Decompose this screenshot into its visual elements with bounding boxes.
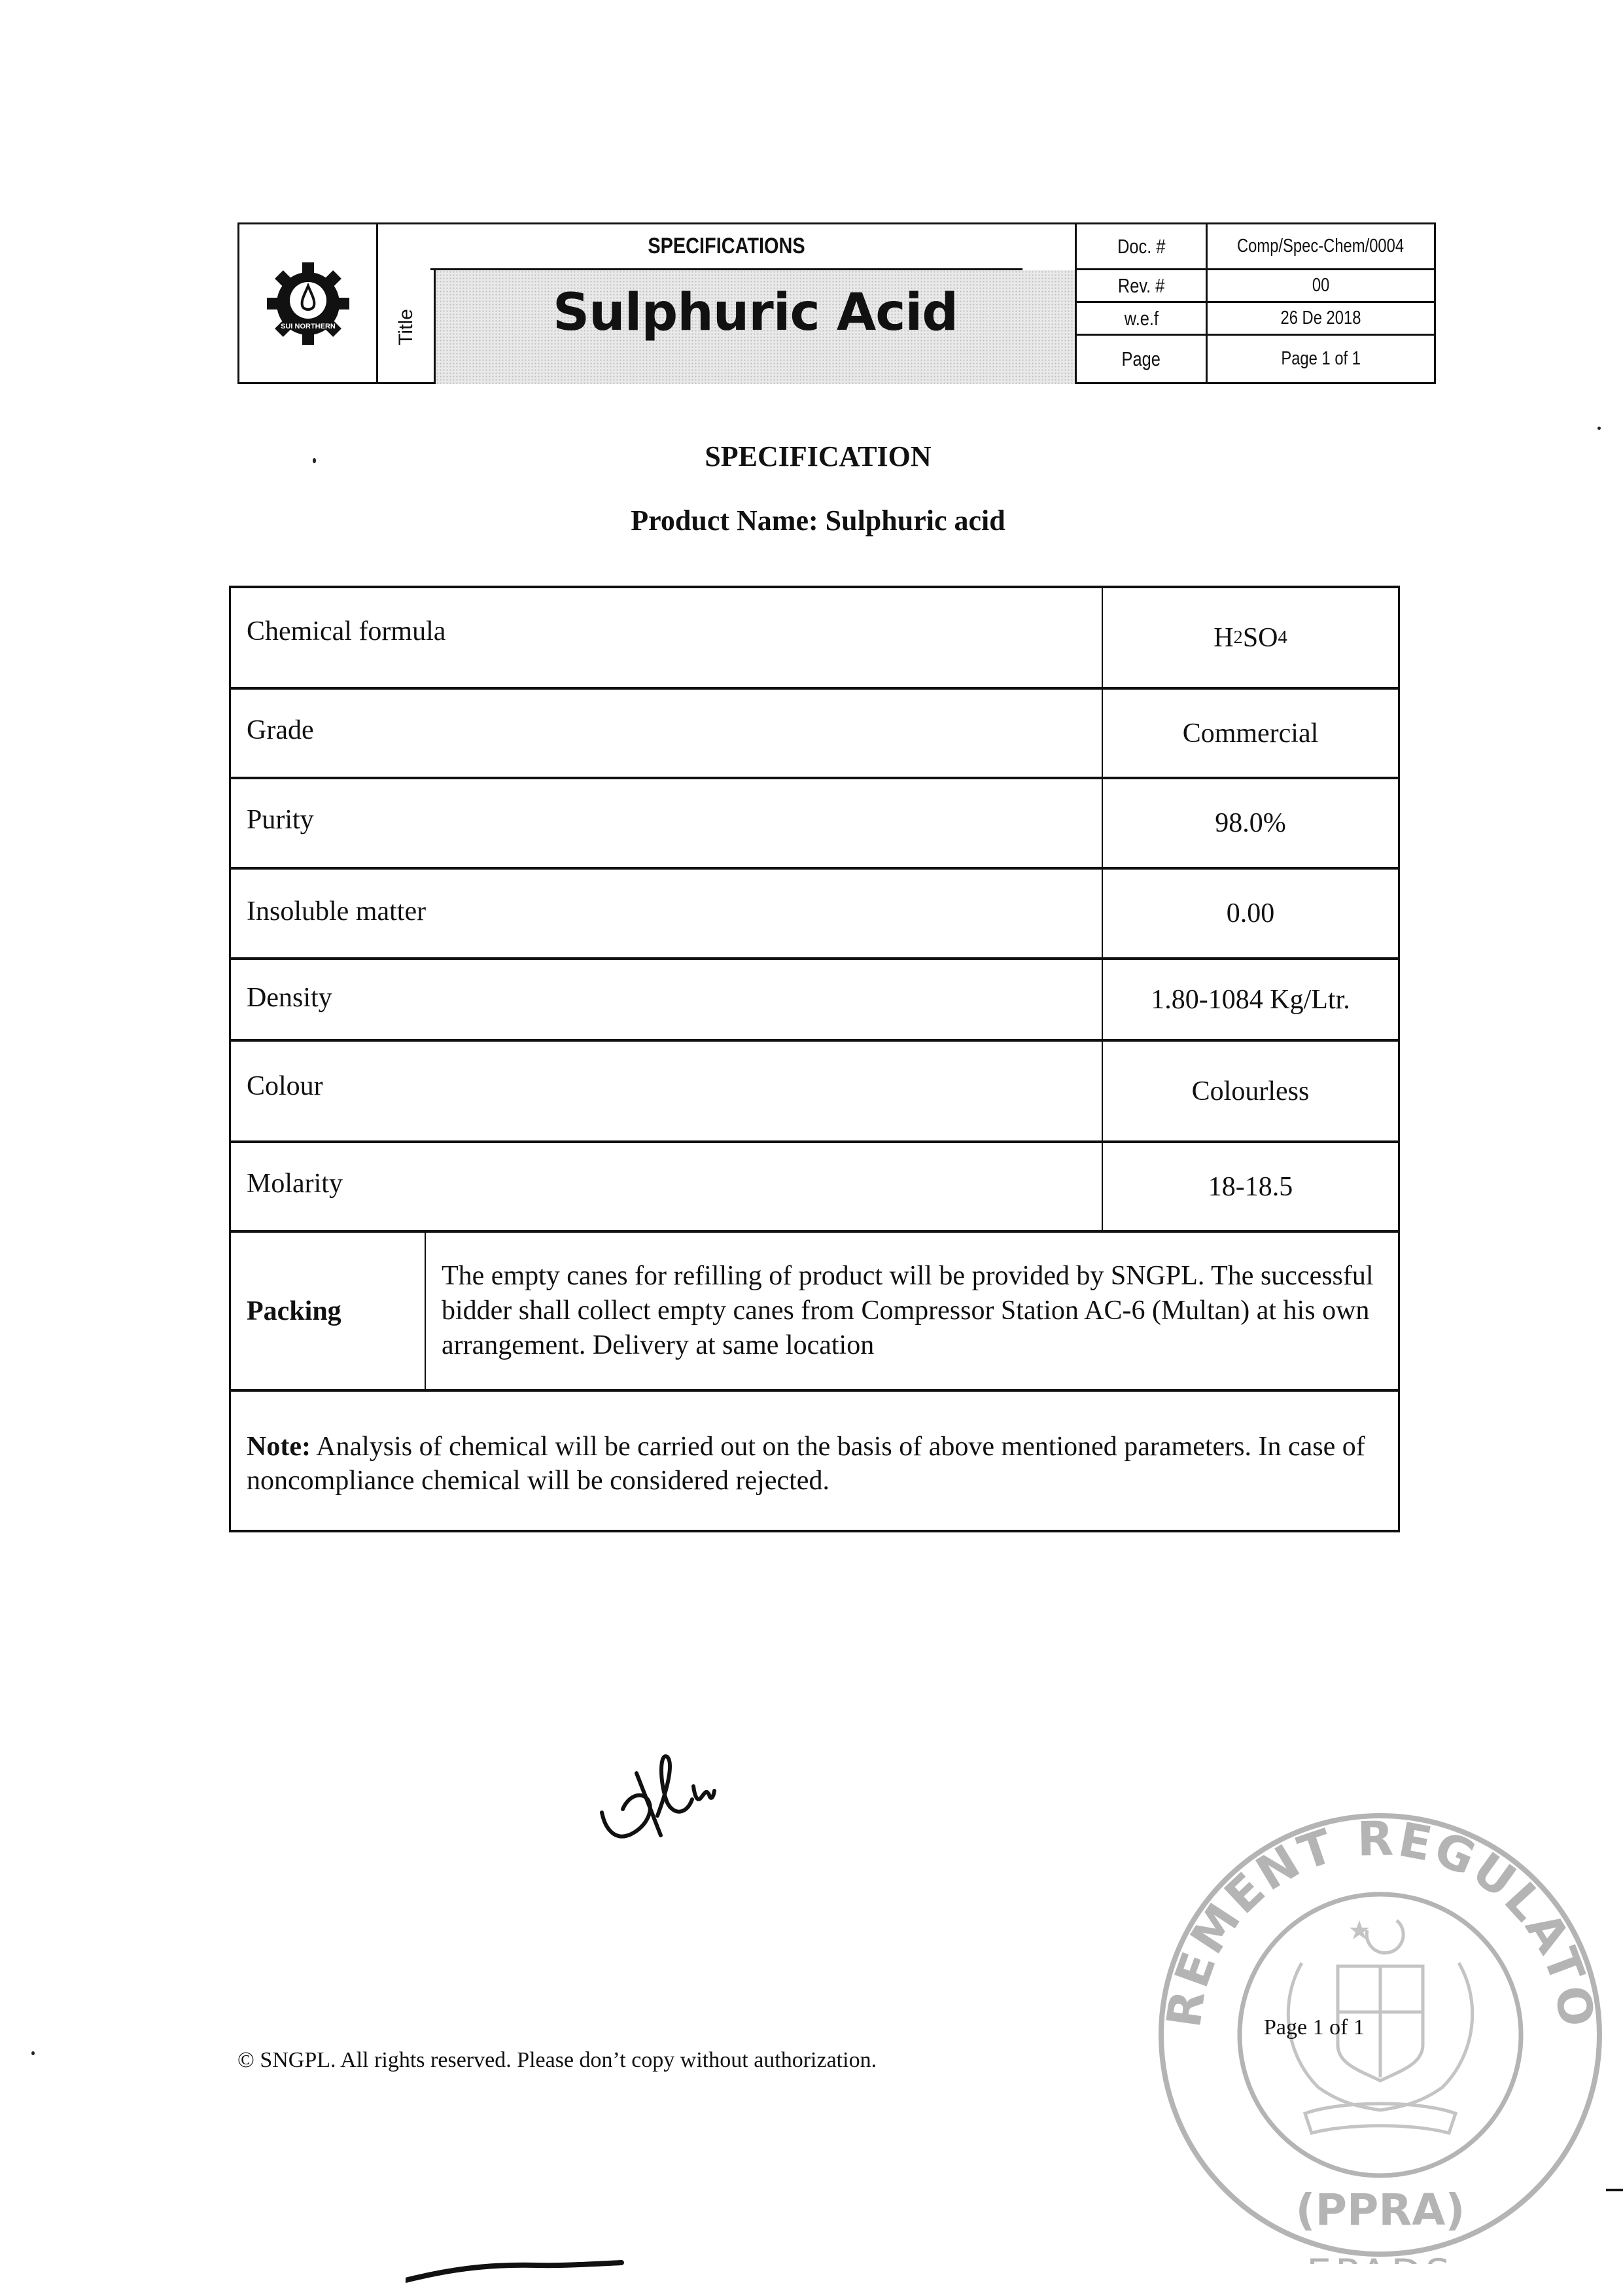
stamp-abbr: (PPRA) (1296, 2185, 1465, 2235)
stamp-page-overlay: Page 1 of 1 (1264, 2015, 1365, 2040)
table-row-molarity: Molarity 18-18.5 (229, 1140, 1400, 1230)
meta-value: 26 De 2018 (1208, 303, 1434, 334)
specification-heading: SPECIFICATION (0, 440, 1623, 473)
meta-label: Rev. # (1077, 270, 1208, 301)
parameter-name: Purity (231, 779, 1103, 867)
parameter-name: Colour (231, 1042, 1103, 1140)
meta-row-doc-number: Doc. # Comp/Spec-Chem/0004 (1077, 224, 1434, 270)
note-text: Note: Analysis of chemical will be carri… (231, 1392, 1398, 1498)
title-label: Title (395, 309, 417, 345)
meta-value: Comp/Spec-Chem/0004 (1208, 224, 1434, 268)
scan-speck (31, 2051, 35, 2055)
handwritten-signature-icon (576, 1737, 733, 1842)
section-label: SPECIFICATIONS (430, 224, 1022, 270)
parameter-name: Insoluble matter (231, 870, 1103, 957)
parameter-name: Density (231, 960, 1103, 1039)
packing-label: Packing (231, 1233, 426, 1389)
table-bottom-border (229, 1530, 1400, 1532)
ppra-epads-stamp-icon: PUBLIC PROCUREMENT REGULATORY AUTHORITY … (1151, 1806, 1609, 2264)
document-header: SUI NORTHERN SPECIFICATIONS Title Sulphu… (237, 222, 1436, 384)
sui-northern-gear-logo-icon: SUI NORTHERN (259, 255, 357, 353)
parameter-value: Colourless (1103, 1042, 1398, 1140)
scan-edge-mark (1606, 2189, 1623, 2191)
scan-speck (313, 458, 316, 463)
parameter-value: 0.00 (1103, 870, 1398, 957)
svg-text:PUBLIC PROCUREMENT REGULATORY: PUBLIC PROCUREMENT REGULATORY AUTHORITY (1151, 1806, 1605, 2032)
table-row-insoluble-matter: Insoluble matter 0.00 (229, 867, 1400, 957)
parameter-value: 1.80-1084 Kg/Ltr. (1103, 960, 1398, 1039)
stamp-epads: EPADS (1306, 2251, 1454, 2264)
meta-row-wef: w.e.f 26 De 2018 (1077, 303, 1434, 336)
parameter-name: Molarity (231, 1143, 1103, 1230)
scan-mark-icon (406, 2251, 628, 2284)
parameter-value: H2SO4 (1103, 588, 1398, 687)
table-row-colour: Colour Colourless (229, 1039, 1400, 1140)
note-body: Analysis of chemical will be carried out… (247, 1432, 1365, 1496)
meta-label: w.e.f (1077, 303, 1208, 334)
logo-cell: SUI NORTHERN (239, 224, 378, 382)
packing-text: The empty canes for refilling of product… (426, 1233, 1398, 1389)
scan-speck (1597, 427, 1601, 430)
document-meta-table: Doc. # Comp/Spec-Chem/0004 Rev. # 00 w.e… (1075, 224, 1434, 382)
meta-label: Doc. # (1077, 224, 1208, 268)
meta-row-page: Page Page 1 of 1 (1077, 336, 1434, 382)
meta-value: 00 (1208, 270, 1434, 301)
table-row-packing: Packing The empty canes for refilling of… (229, 1230, 1400, 1389)
svg-text:SUI NORTHERN: SUI NORTHERN (281, 323, 336, 330)
parameter-name: Chemical formula (231, 588, 1103, 687)
table-row-density: Density 1.80-1084 Kg/Ltr. (229, 957, 1400, 1039)
parameter-value: 98.0% (1103, 779, 1398, 867)
title-label-cell: Title (378, 270, 436, 384)
document-title-cell: Sulphuric Acid (436, 270, 1075, 384)
document-title: Sulphuric Acid (553, 283, 958, 342)
meta-value: Page 1 of 1 (1208, 336, 1434, 382)
parameter-name: Grade (231, 690, 1103, 777)
table-row-note: Note: Analysis of chemical will be carri… (229, 1389, 1400, 1530)
parameter-value: 18-18.5 (1103, 1143, 1398, 1230)
table-row-chemical-formula: Chemical formula H2SO4 (229, 586, 1400, 687)
product-name-heading: Product Name: Sulphuric acid (0, 504, 1623, 537)
table-row-purity: Purity 98.0% (229, 777, 1400, 867)
meta-row-revision: Rev. # 00 (1077, 270, 1434, 303)
table-row-grade: Grade Commercial (229, 687, 1400, 777)
meta-label: Page (1077, 336, 1208, 382)
copyright-footer: © SNGPL. All rights reserved. Please don… (237, 2048, 877, 2073)
parameter-value: Commercial (1103, 690, 1398, 777)
note-label: Note: (247, 1432, 311, 1462)
